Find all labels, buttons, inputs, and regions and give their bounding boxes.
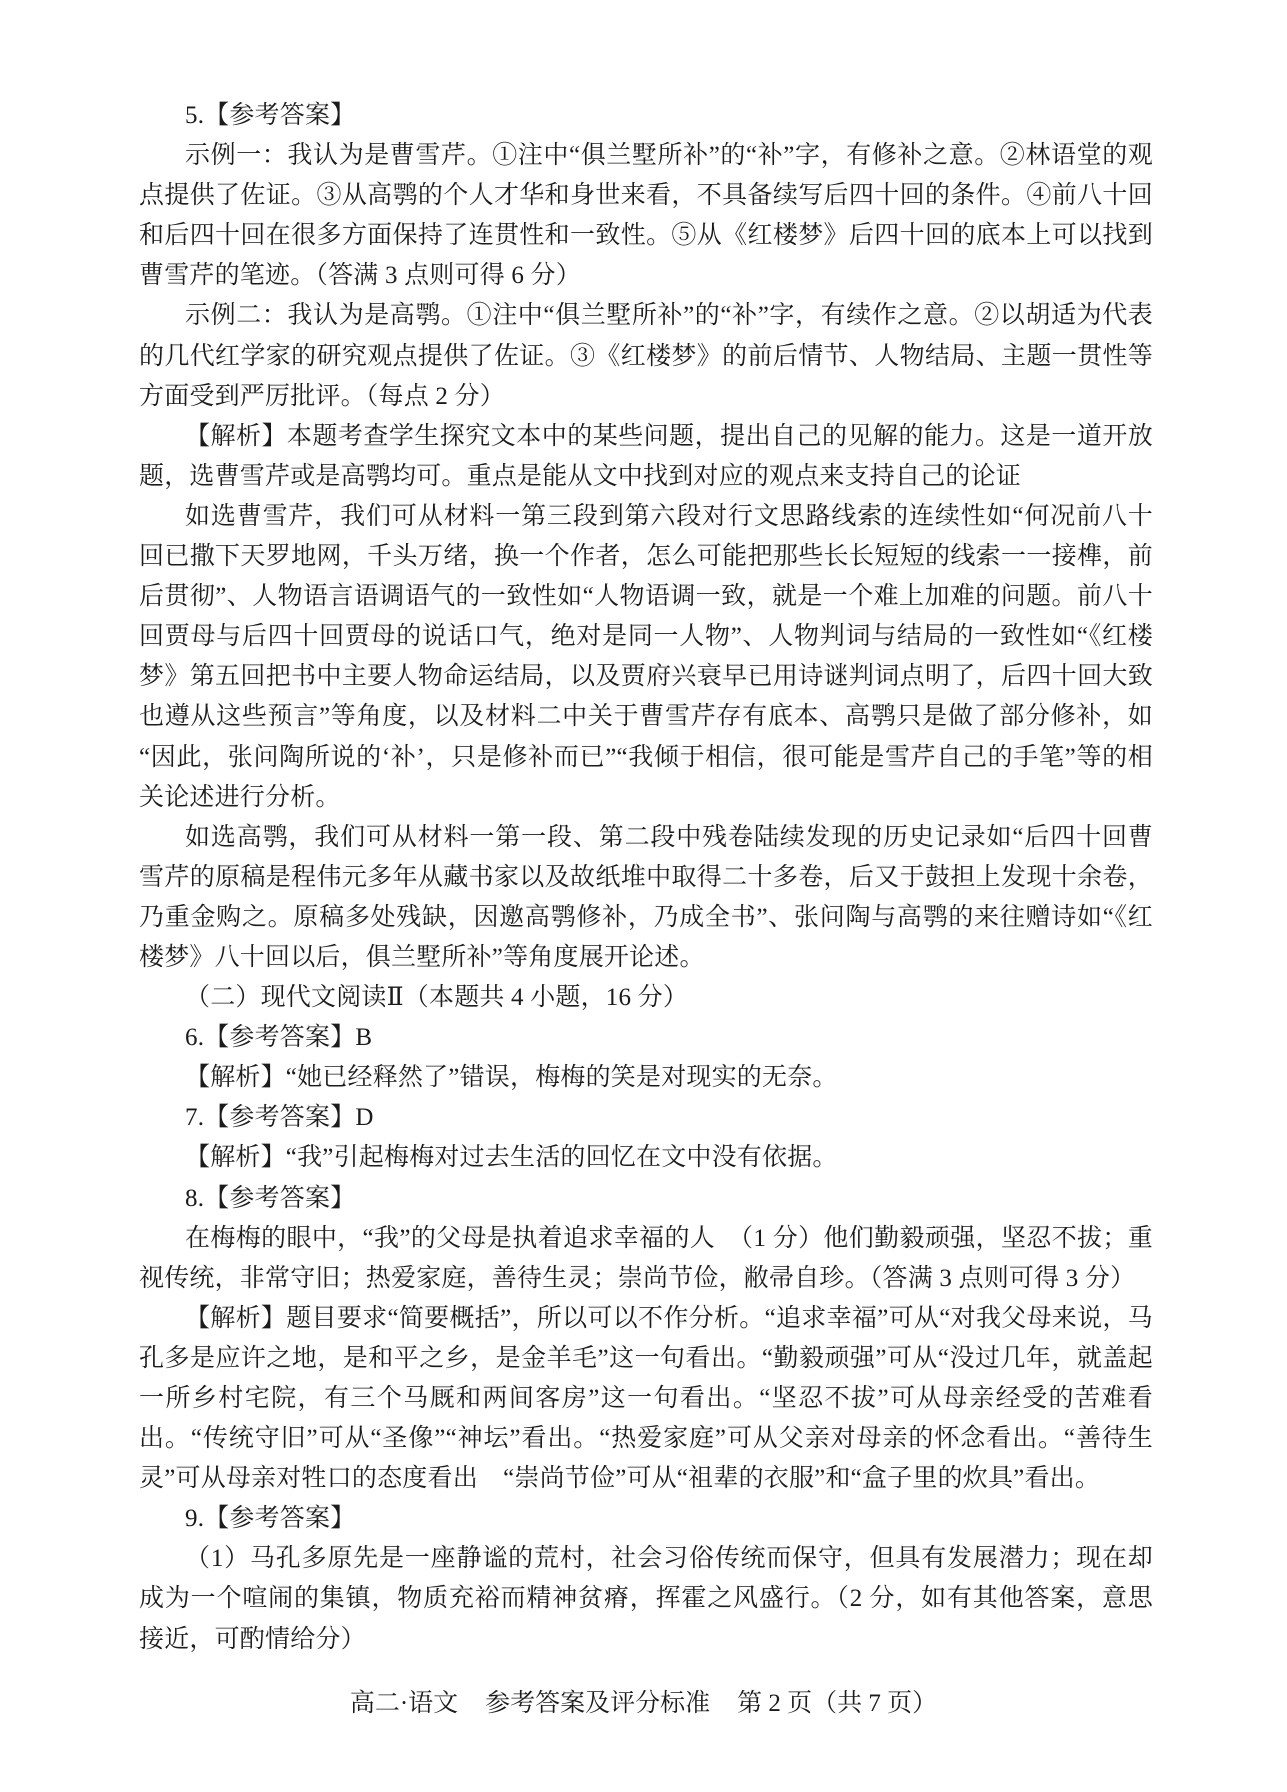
footer-course-label: 高二·语文: [350, 1688, 458, 1720]
footer-page-number: 第 2 页（共 7 页）: [737, 1688, 937, 1720]
footer-title: 参考答案及评分标准: [485, 1688, 710, 1720]
q5-answer-label: 5.【参考答案】: [139, 96, 1153, 136]
page-footer: 高二·语文 参考答案及评分标准 第 2 页（共 7 页）: [0, 1688, 1287, 1720]
q9-answer-label: 9.【参考答案】: [139, 1499, 1153, 1539]
answer-key-content: 5.【参考答案】 示例一：我认为是曹雪芹。①注中“俱兰墅所补”的“补”字，有修补…: [139, 96, 1153, 1660]
q9-answer-paragraph: （1）马孔多原先是一座静谧的荒村，社会习俗传统而保守，但具有发展潜力；现在却成为…: [139, 1539, 1153, 1659]
q5-example2-paragraph: 示例二：我认为是高鹗。①注中“俱兰墅所补”的“补”字，有续作之意。②以胡适为代表…: [139, 296, 1153, 416]
q5-analysis-caoxueqin-paragraph: 如选曹雪芹，我们可从材料一第三段到第六段对行文思路线索的连续性如“何况前八十回已…: [139, 497, 1153, 818]
q6-answer-label: 6.【参考答案】B: [139, 1018, 1153, 1058]
section-2-heading: （二）现代文阅读Ⅱ（本题共 4 小题，16 分）: [139, 978, 1153, 1018]
answer-key-page: 5.【参考答案】 示例一：我认为是曹雪芹。①注中“俱兰墅所补”的“补”字，有修补…: [0, 0, 1287, 1792]
q7-analysis-paragraph: 【解析】“我”引起梅梅对过去生活的回忆在文中没有依据。: [139, 1138, 1153, 1178]
q8-answer-label: 8.【参考答案】: [139, 1179, 1153, 1219]
q6-analysis-paragraph: 【解析】“她已经释然了”错误，梅梅的笑是对现实的无奈。: [139, 1058, 1153, 1098]
q5-example1-paragraph: 示例一：我认为是曹雪芹。①注中“俱兰墅所补”的“补”字，有修补之意。②林语堂的观…: [139, 136, 1153, 296]
q8-analysis-paragraph: 【解析】题目要求“简要概括”，所以可以不作分析。“追求幸福”可从“对我父母来说，…: [139, 1299, 1153, 1499]
q8-answer-paragraph: 在梅梅的眼中，“我”的父母是执着追求幸福的人 （1 分）他们勤毅顽强，坚忍不拔；…: [139, 1219, 1153, 1299]
q5-analysis-paragraph: 【解析】本题考查学生探究文本中的某些问题，提出自己的见解的能力。这是一道开放题，…: [139, 417, 1153, 497]
q5-analysis-gaoe-paragraph: 如选高鹗，我们可从材料一第一段、第二段中残卷陆续发现的历史记录如“后四十回曹雪芹…: [139, 818, 1153, 978]
q7-answer-label: 7.【参考答案】D: [139, 1098, 1153, 1138]
